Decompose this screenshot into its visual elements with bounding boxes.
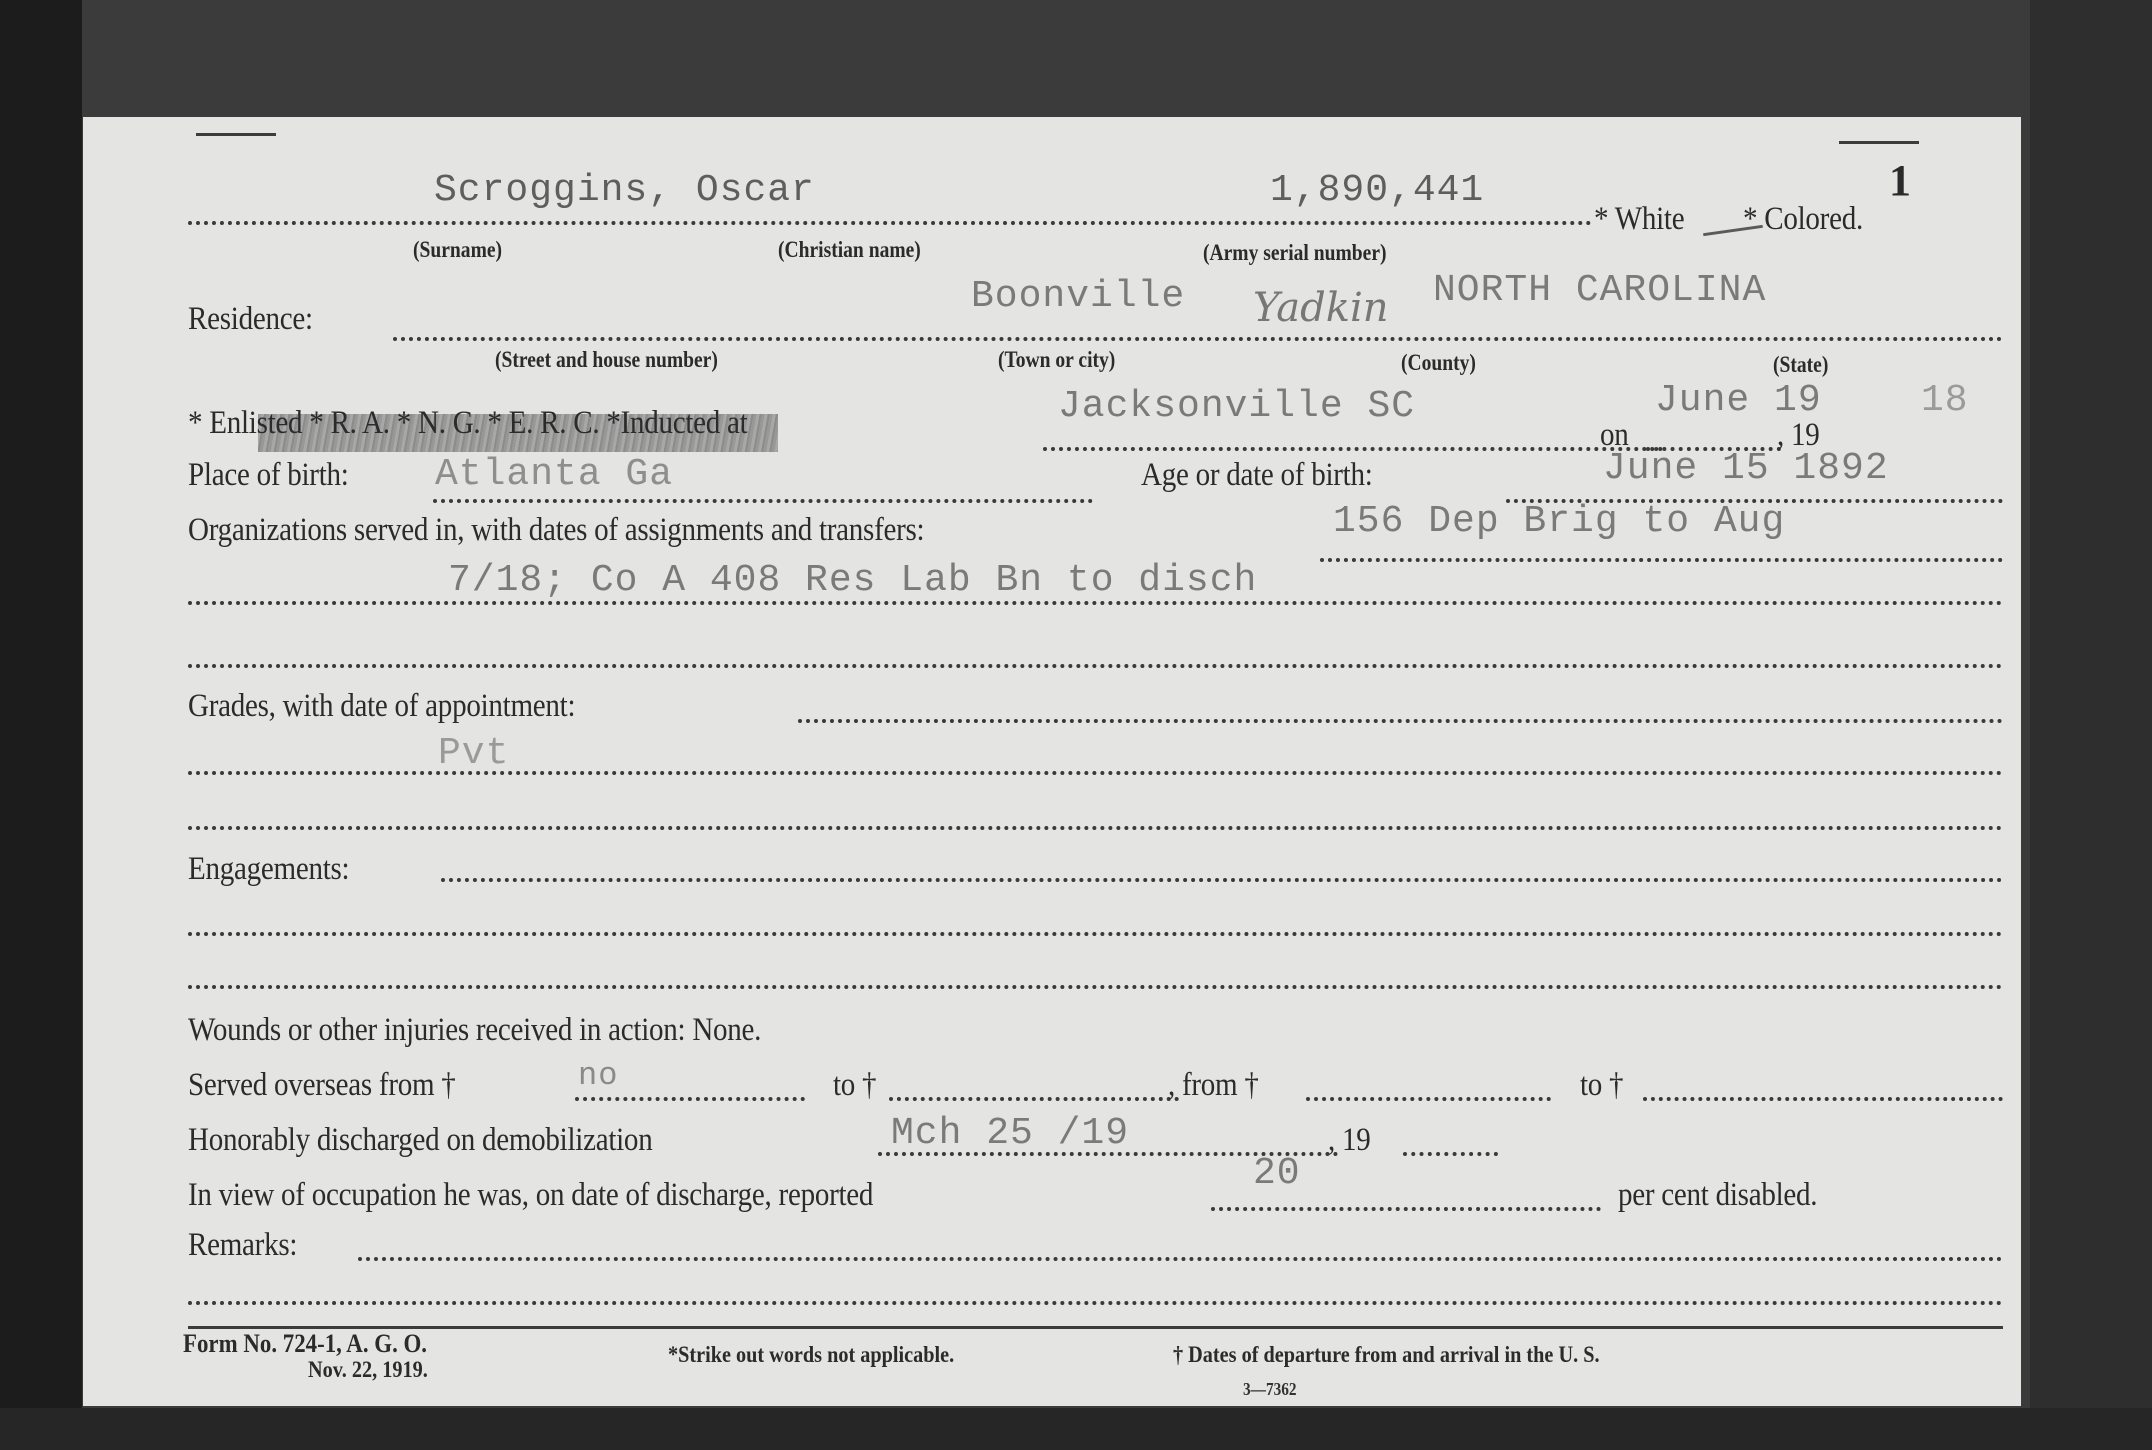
grades-line1 (798, 719, 2003, 723)
race-colored-option: * Colored. (1743, 201, 1863, 238)
state-label: (State) (1773, 352, 1828, 378)
to-label: to † (833, 1067, 876, 1104)
engagements-line3 (188, 985, 2003, 989)
place-of-birth-label: Place of birth: (188, 457, 349, 494)
inducted-on-value: June 19 (1655, 379, 1822, 422)
residence-label: Residence: (188, 301, 313, 338)
residence-state-value: NORTH CAROLINA (1433, 269, 1766, 312)
served-overseas-from-line (575, 1097, 805, 1101)
to2-label: to † (1580, 1067, 1623, 1104)
discharge-year-line (1403, 1152, 1498, 1156)
form-number: Form No. 724-1, A. G. O. (183, 1329, 427, 1359)
scan-border-left (0, 0, 82, 1450)
street-label: (Street and house number) (495, 347, 718, 373)
date-of-birth-value: June 15 1892 (1603, 447, 1889, 490)
residence-county-value: Yadkin (1253, 285, 1389, 331)
army-serial-label: (Army serial number) (1203, 240, 1387, 266)
residence-town-value: Boonville (971, 275, 1185, 318)
discharge-date-value: Mch 25 /19 (891, 1112, 1129, 1155)
dates-note: † Dates of departure from and arrival in… (1173, 1342, 1600, 1368)
served-overseas-label: Served overseas from † (188, 1067, 456, 1104)
name-value: Scroggins, Oscar (434, 169, 815, 212)
surname-label: (Surname) (413, 237, 502, 263)
from-label: , from † (1168, 1067, 1259, 1104)
scan-border-right (2030, 0, 2152, 1450)
place-of-birth-value: Atlanta Ga (435, 453, 673, 496)
inducted-at-line (1043, 447, 1663, 451)
grades-line2 (188, 771, 2003, 775)
organizations-line1 (1320, 558, 2003, 562)
per-cent-disabled-label: per cent disabled. (1618, 1177, 1817, 1214)
in-view-label: In view of occupation he was, on date of… (188, 1177, 873, 1214)
grades-label: Grades, with date of appointment: (188, 688, 575, 725)
card-number: 1 (1889, 155, 1911, 206)
served-overseas-from-value: no (578, 1057, 618, 1094)
remarks-label: Remarks: (188, 1227, 297, 1264)
organizations-line2 (188, 601, 2003, 605)
engagements-label: Engagements: (188, 851, 349, 888)
serial-number-value: 1,890,441 (1270, 169, 1484, 212)
name-line (188, 221, 1592, 225)
organizations-line3 (188, 664, 2003, 668)
organizations-line1-value: 156 Dep Brig to Aug (1333, 500, 1785, 543)
engagements-line2 (188, 932, 2003, 936)
inducted-year-value: 18 (1921, 379, 1969, 422)
wounds-label: Wounds or other injuries received in act… (188, 1012, 761, 1049)
corner-mark-right (1839, 141, 1919, 144)
served-overseas-from2-line (1306, 1097, 1551, 1101)
remarks-line1 (358, 1257, 2003, 1261)
age-dob-label: Age or date of birth: (1141, 457, 1373, 494)
remarks-line2 (188, 1301, 2003, 1305)
served-overseas-to2-line (1643, 1097, 2003, 1101)
residence-line (393, 337, 2003, 341)
form-date: Nov. 22, 1919. (308, 1357, 428, 1383)
organizations-label: Organizations served in, with dates of a… (188, 512, 924, 549)
grades-value: Pvt (438, 732, 509, 775)
organizations-line2-value: 7/18; Co A 408 Res Lab Bn to disch (448, 559, 1257, 602)
christian-name-label: (Christian name) (778, 237, 921, 263)
inducted-at-value: Jacksonville SC (1058, 385, 1415, 428)
engagements-line1 (441, 878, 2003, 882)
county-label: (County) (1401, 350, 1476, 376)
strike-out-note: *Strike out words not applicable. (668, 1342, 954, 1368)
place-of-birth-line (433, 499, 1093, 503)
percent-disabled-value: 20 (1253, 1152, 1301, 1195)
town-label: (Town or city) (998, 347, 1115, 373)
print-code: 3—7362 (1243, 1379, 1297, 1400)
race-white-option: * White (1594, 201, 1684, 238)
race-white-label: * White (1594, 201, 1684, 237)
year-prefix2-label: , 19 (1328, 1122, 1371, 1159)
corner-mark-left (196, 133, 276, 136)
percent-disabled-line (1211, 1207, 1601, 1211)
honorably-discharged-label: Honorably discharged on demobilization (188, 1122, 652, 1159)
served-overseas-to-line (889, 1097, 1179, 1101)
scan-border-bottom (0, 1408, 2152, 1450)
enlisted-label: * Enlisted * R. A. * N. G. * E. R. C. *I… (188, 405, 748, 442)
footer-rule (188, 1326, 2003, 1329)
service-record-card: 1 Scroggins, Oscar 1,890,441 * White * C… (83, 117, 2021, 1406)
grades-line3 (188, 826, 2003, 830)
